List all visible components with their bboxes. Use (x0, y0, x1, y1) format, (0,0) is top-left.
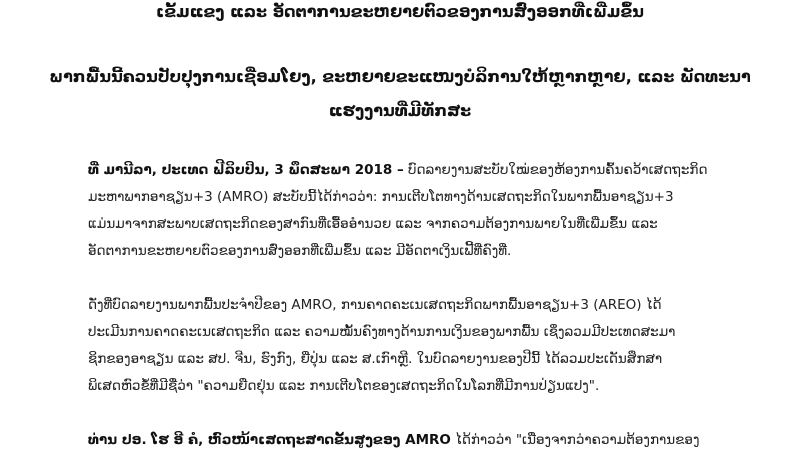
paragraph-dateline: ທີ່ ມານີລາ, ປະເທດ ຟີລິບປິນ, 3 ພຶດສະພາ 20… (88, 157, 728, 265)
paragraph-line: ມະຫາພາກອາຊຽນ+3 (AMRO) ສະບັບນີ້ໄດ້ກ່າວວ່າ… (88, 184, 728, 211)
speaker-name: ທ່ານ ປອ. ໂຮ ອີ ຄໍ, ຫົວໜ້າເສດຖະສາດຂັ້ນສູງ… (88, 432, 451, 448)
paragraph-line: ທີ່ ມານີລາ, ປະເທດ ຟີລິບປິນ, 3 ພຶດສະພາ 20… (88, 157, 728, 184)
paragraph-line: ພິເສດຫົວຂໍ້ທີ່ມີຊື່ວ່າ "ຄວາມຍືດຢຸ່ນ ແລະ … (88, 373, 728, 400)
paragraph-areo: ດັ່ງທີ່ບົດລາຍງານພາກພື້ນປະຈຳປີຂອງ AMRO, ກ… (88, 292, 728, 400)
paragraph-quote: ທ່ານ ປອ. ໂຮ ອີ ຄໍ, ຫົວໜ້າເສດຖະສາດຂັ້ນສູງ… (88, 427, 728, 450)
paragraph-text: ບົດລາຍງານສະບັບໃໝ່ຂອງຫ້ອງການຄົ້ນຄວ້າເສດຖະ… (404, 162, 708, 178)
paragraph-line: ອັດຕາການຂະຫຍາຍຕົວຂອງການສົ່ງອອກທີ່ເພີ່ມຂຶ… (88, 238, 728, 265)
paragraph-line: ປະເມີນການຄາດຄະເນເສດຖະກິດ ແລະ ຄວາມໝັ້ນຄົງ… (88, 319, 728, 346)
paragraph-line: ດັ່ງທີ່ບົດລາຍງານພາກພື້ນປະຈຳປີຂອງ AMRO, ກ… (88, 292, 728, 319)
paragraph-line: ແມ່ນມາຈາກສະພາບເສດຖະກິດຂອງສາກົນທີ່ເອື້ອອຳ… (88, 211, 728, 238)
paragraph-line: ຊິກຂອງອາຊຽນ ແລະ ສປ. ຈີນ, ຮົງກົງ, ຍີ່ປຸ່ນ… (88, 346, 728, 373)
paragraph-text: ໄດ້ກ່າວວ່າ "ເນື່ອງຈາກວ່າຄວາມຕ້ອງການຂອງ (451, 432, 700, 448)
document-title: ເຂັ້ມແຂງ ແລະ ອັດຕາການຂະຫຍາຍຕົວຂອງການສົ່ງ… (0, 2, 800, 21)
dateline: ທີ່ ມານີລາ, ປະເທດ ຟີລິບປິນ, 3 ພຶດສະພາ 20… (88, 162, 404, 178)
document-subtitle-line-1: ພາກພື້ນນີ້ຄວນປັບປຸງການເຊື່ອມໂຍງ, ຂະຫຍາຍຂ… (0, 67, 800, 86)
paragraph-line: ທ່ານ ປອ. ໂຮ ອີ ຄໍ, ຫົວໜ້າເສດຖະສາດຂັ້ນສູງ… (88, 427, 728, 450)
document-page: ເຂັ້ມແຂງ ແລະ ອັດຕາການຂະຫຍາຍຕົວຂອງການສົ່ງ… (0, 0, 800, 450)
document-subtitle-line-2: ແຮງງານທີ່ມີທັກສະ (0, 101, 800, 120)
